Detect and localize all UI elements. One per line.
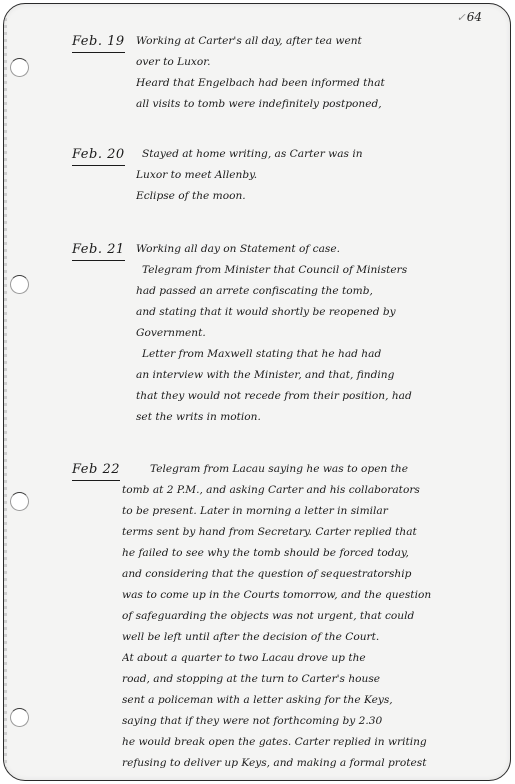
text-line: Telegram from Minister that Council of M… bbox=[136, 260, 486, 281]
text-line: Letter from Maxwell stating that he had … bbox=[136, 344, 486, 365]
text-line: and stating that it would shortly be reo… bbox=[136, 302, 486, 323]
entry-text: Stayed at home writing, as Carter was in… bbox=[136, 144, 486, 207]
text-line: he failed to see why the tomb should be … bbox=[122, 543, 486, 564]
text-line: set the writs in motion. bbox=[136, 407, 486, 428]
text-line: saying that if they were not forthcoming… bbox=[122, 711, 486, 732]
text-line: that they would not recede from their po… bbox=[136, 386, 486, 407]
text-line: refusing to deliver up Keys, and making … bbox=[122, 753, 486, 774]
text-line: Heard that Engelbach had been informed t… bbox=[136, 73, 486, 94]
text-line: and considering that the question of seq… bbox=[122, 564, 486, 585]
text-line: had passed an arrete confiscating the to… bbox=[136, 281, 486, 302]
binder-hole bbox=[10, 275, 29, 294]
text-line: road, and stopping at the turn to Carter… bbox=[122, 669, 486, 690]
text-line: Working all day on Statement of case. bbox=[136, 239, 486, 260]
text-line: an interview with the Minister, and that… bbox=[136, 365, 486, 386]
text-line: over to Luxor. bbox=[136, 52, 486, 73]
page-number: ✓64 bbox=[457, 10, 483, 24]
binder-hole bbox=[10, 708, 29, 727]
text-line: of safeguarding the objects was not urge… bbox=[122, 606, 486, 627]
entry-date: Feb. 20 bbox=[72, 147, 125, 166]
text-line: Stayed at home writing, as Carter was in bbox=[136, 144, 486, 165]
entry-text: Telegram from Lacau saying he was to ope… bbox=[122, 459, 486, 774]
text-line: terms sent by hand from Secretary. Carte… bbox=[122, 522, 486, 543]
text-line: At about a quarter to two Lacau drove up… bbox=[122, 648, 486, 669]
text-line: to be present. Later in morning a letter… bbox=[122, 501, 486, 522]
text-line: Telegram from Lacau saying he was to ope… bbox=[122, 459, 486, 480]
text-line: Luxor to meet Allenby. bbox=[136, 165, 486, 186]
binder-hole bbox=[10, 492, 29, 511]
text-line: sent a policeman with a letter asking fo… bbox=[122, 690, 486, 711]
page-number-text: 64 bbox=[467, 10, 482, 24]
entry-date: Feb. 21 bbox=[72, 242, 125, 261]
text-line: was to come up in the Courts tomorrow, a… bbox=[122, 585, 486, 606]
text-line: all visits to tomb were indefinitely pos… bbox=[136, 94, 486, 115]
binder-hole bbox=[10, 58, 29, 77]
entry-text: Working at Carter's all day, after tea w… bbox=[136, 31, 486, 115]
text-line: well be left until after the decision of… bbox=[122, 627, 486, 648]
text-line: Government. bbox=[136, 323, 486, 344]
perforated-edge bbox=[4, 4, 7, 780]
entry-text: Working all day on Statement of case. Te… bbox=[136, 239, 486, 428]
text-line: he would break open the gates. Carter re… bbox=[122, 732, 486, 753]
diary-page: ✓64 Feb. 19 Working at Carter's all day,… bbox=[3, 3, 511, 781]
text-line: tomb at 2 P.M., and asking Carter and hi… bbox=[122, 480, 486, 501]
entry-date: Feb 22 bbox=[72, 462, 120, 481]
entry-date: Feb. 19 bbox=[72, 34, 125, 53]
text-line: Working at Carter's all day, after tea w… bbox=[136, 31, 486, 52]
text-line: Eclipse of the moon. bbox=[136, 186, 486, 207]
check-mark-icon: ✓ bbox=[457, 11, 466, 24]
